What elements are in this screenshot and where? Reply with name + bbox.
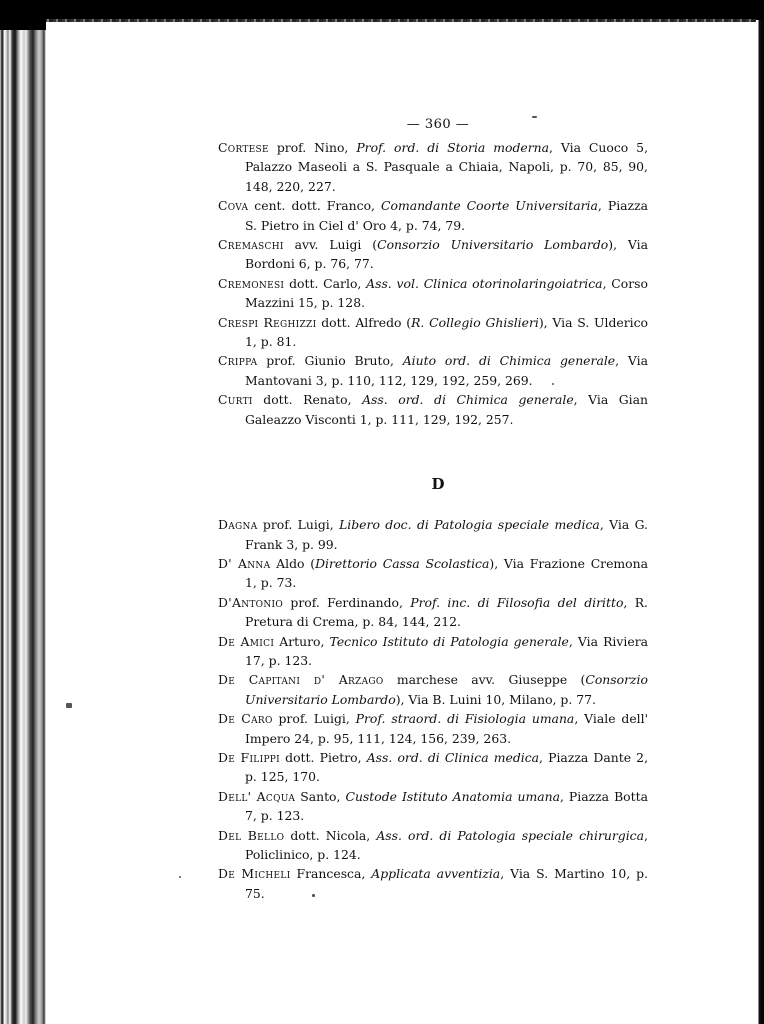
- entry-surname: De Caro: [218, 711, 273, 726]
- entry-text: dott. Pietro,: [280, 750, 367, 765]
- scan-border-right: [756, 20, 764, 1024]
- section-d: Dagna prof. Luigi, Libero doc. di Patolo…: [218, 515, 648, 903]
- directory-entry: De Micheli Francesca, Applicata avventiz…: [218, 864, 648, 903]
- entry-surname: Crippa: [218, 353, 257, 368]
- directory-entry: Cova cent. dott. Franco, Comandante Coor…: [218, 196, 648, 235]
- entry-role: Aiuto ord. di Chimica generale: [403, 353, 615, 368]
- entry-text: dott. Renato,: [253, 392, 362, 407]
- entry-surname: De Filippi: [218, 750, 280, 765]
- document-page: — 360 — Cortese prof. Nino, Prof. ord. d…: [218, 112, 648, 903]
- entry-text: prof. Giunio Bruto,: [257, 353, 402, 368]
- directory-entry: Curti dott. Renato, Ass. ord. di Chimica…: [218, 390, 648, 429]
- entry-role: Comandante Coorte Universitaria: [381, 198, 598, 213]
- entry-surname: Del Bello: [218, 828, 284, 843]
- entry-text: Arturo,: [274, 634, 329, 649]
- directory-entry: Dagna prof. Luigi, Libero doc. di Patolo…: [218, 515, 648, 554]
- directory-entry: Cortese prof. Nino, Prof. ord. di Storia…: [218, 138, 648, 196]
- entry-role: Consorzio Universitario Lombardo: [377, 237, 608, 252]
- entry-surname: De Micheli: [218, 866, 291, 881]
- entry-role: Prof. straord. di Fisiologia umana: [356, 711, 575, 726]
- entry-role: R. Collegio Ghislieri: [411, 315, 539, 330]
- entry-role: Ass. ord. di Chimica generale: [362, 392, 574, 407]
- scan-corner: [0, 0, 46, 30]
- scan-binding-left: [0, 0, 46, 1024]
- entry-surname: Curti: [218, 392, 253, 407]
- scan-speck: [179, 876, 181, 878]
- entry-address: ), Via B. Luini 10, Milano, p. 77.: [396, 692, 596, 707]
- entry-role: Direttorio Cassa Scolastica: [315, 556, 489, 571]
- entry-surname: Dagna: [218, 517, 258, 532]
- entry-text: prof. Luigi,: [258, 517, 340, 532]
- entry-role: Tecnico Istituto di Patologia generale: [330, 634, 569, 649]
- entry-surname: Cova: [218, 198, 248, 213]
- entry-surname: Crespi Reghizzi: [218, 315, 316, 330]
- entry-text: avv. Luigi (: [284, 237, 377, 252]
- entry-role: Ass. vol. Clinica otorinolaringoiatrica: [366, 276, 602, 291]
- directory-entry: Cremaschi avv. Luigi (Consorzio Universi…: [218, 235, 648, 274]
- scan-rule-top: [44, 19, 756, 22]
- entry-text: marchese avv. Giuseppe (: [384, 672, 586, 687]
- entry-role: Ass. ord. di Patologia speciale chirurgi…: [376, 828, 644, 843]
- directory-entry: D' Anna Aldo (Direttorio Cassa Scolastic…: [218, 554, 648, 593]
- entry-surname: Cremaschi: [218, 237, 284, 252]
- directory-entry: Cremonesi dott. Carlo, Ass. vol. Clinica…: [218, 274, 648, 313]
- entry-surname: Dell' Acqua: [218, 789, 295, 804]
- entry-role: Applicata avventizia: [371, 866, 500, 881]
- directory-entry: De Caro prof. Luigi, Prof. straord. di F…: [218, 709, 648, 748]
- entry-text: dott. Nicola,: [284, 828, 376, 843]
- entry-role: Ass. ord. di Clinica medica: [367, 750, 539, 765]
- section-c: Cortese prof. Nino, Prof. ord. di Storia…: [218, 138, 648, 429]
- entry-role: Prof. ord. di Storia moderna: [356, 140, 549, 155]
- scan-speck: [66, 703, 72, 708]
- entry-surname: De Capitani d' Arzago: [218, 672, 384, 687]
- entry-text: prof. Nino,: [269, 140, 356, 155]
- entry-text: prof. Luigi,: [273, 711, 356, 726]
- entry-role: Prof. inc. di Filosofia del diritto: [410, 595, 623, 610]
- entry-text: prof. Ferdinando,: [283, 595, 410, 610]
- directory-entry: Crespi Reghizzi dott. Alfredo (R. Colleg…: [218, 313, 648, 352]
- page-number: — 360 —: [228, 112, 648, 138]
- directory-entry: Del Bello dott. Nicola, Ass. ord. di Pat…: [218, 826, 648, 865]
- entry-text: Aldo (: [270, 556, 315, 571]
- entry-text: dott. Alfredo (: [316, 315, 411, 330]
- entry-text: Santo,: [295, 789, 345, 804]
- directory-entry: De Capitani d' Arzago marchese avv. Gius…: [218, 670, 648, 709]
- entry-surname: Cortese: [218, 140, 269, 155]
- scan-border-top: [0, 0, 764, 20]
- directory-entry: Crippa prof. Giunio Bruto, Aiuto ord. di…: [218, 351, 648, 390]
- entry-text: Francesca,: [291, 866, 372, 881]
- entry-surname: D'Antonio: [218, 595, 283, 610]
- entry-surname: De Amici: [218, 634, 274, 649]
- directory-entry: De Amici Arturo, Tecnico Istituto di Pat…: [218, 632, 648, 671]
- entry-surname: D' Anna: [218, 556, 270, 571]
- entry-text: dott. Carlo,: [284, 276, 366, 291]
- section-heading: D: [228, 475, 648, 493]
- entry-surname: Cremonesi: [218, 276, 284, 291]
- directory-entry: Dell' Acqua Santo, Custode Istituto Anat…: [218, 787, 648, 826]
- entry-role: Libero doc. di Patologia speciale medica: [339, 517, 600, 532]
- directory-entry: De Filippi dott. Pietro, Ass. ord. di Cl…: [218, 748, 648, 787]
- directory-entry: D'Antonio prof. Ferdinando, Prof. inc. d…: [218, 593, 648, 632]
- entry-text: cent. dott. Franco,: [248, 198, 381, 213]
- entry-role: Custode Istituto Anatomia umana: [345, 789, 560, 804]
